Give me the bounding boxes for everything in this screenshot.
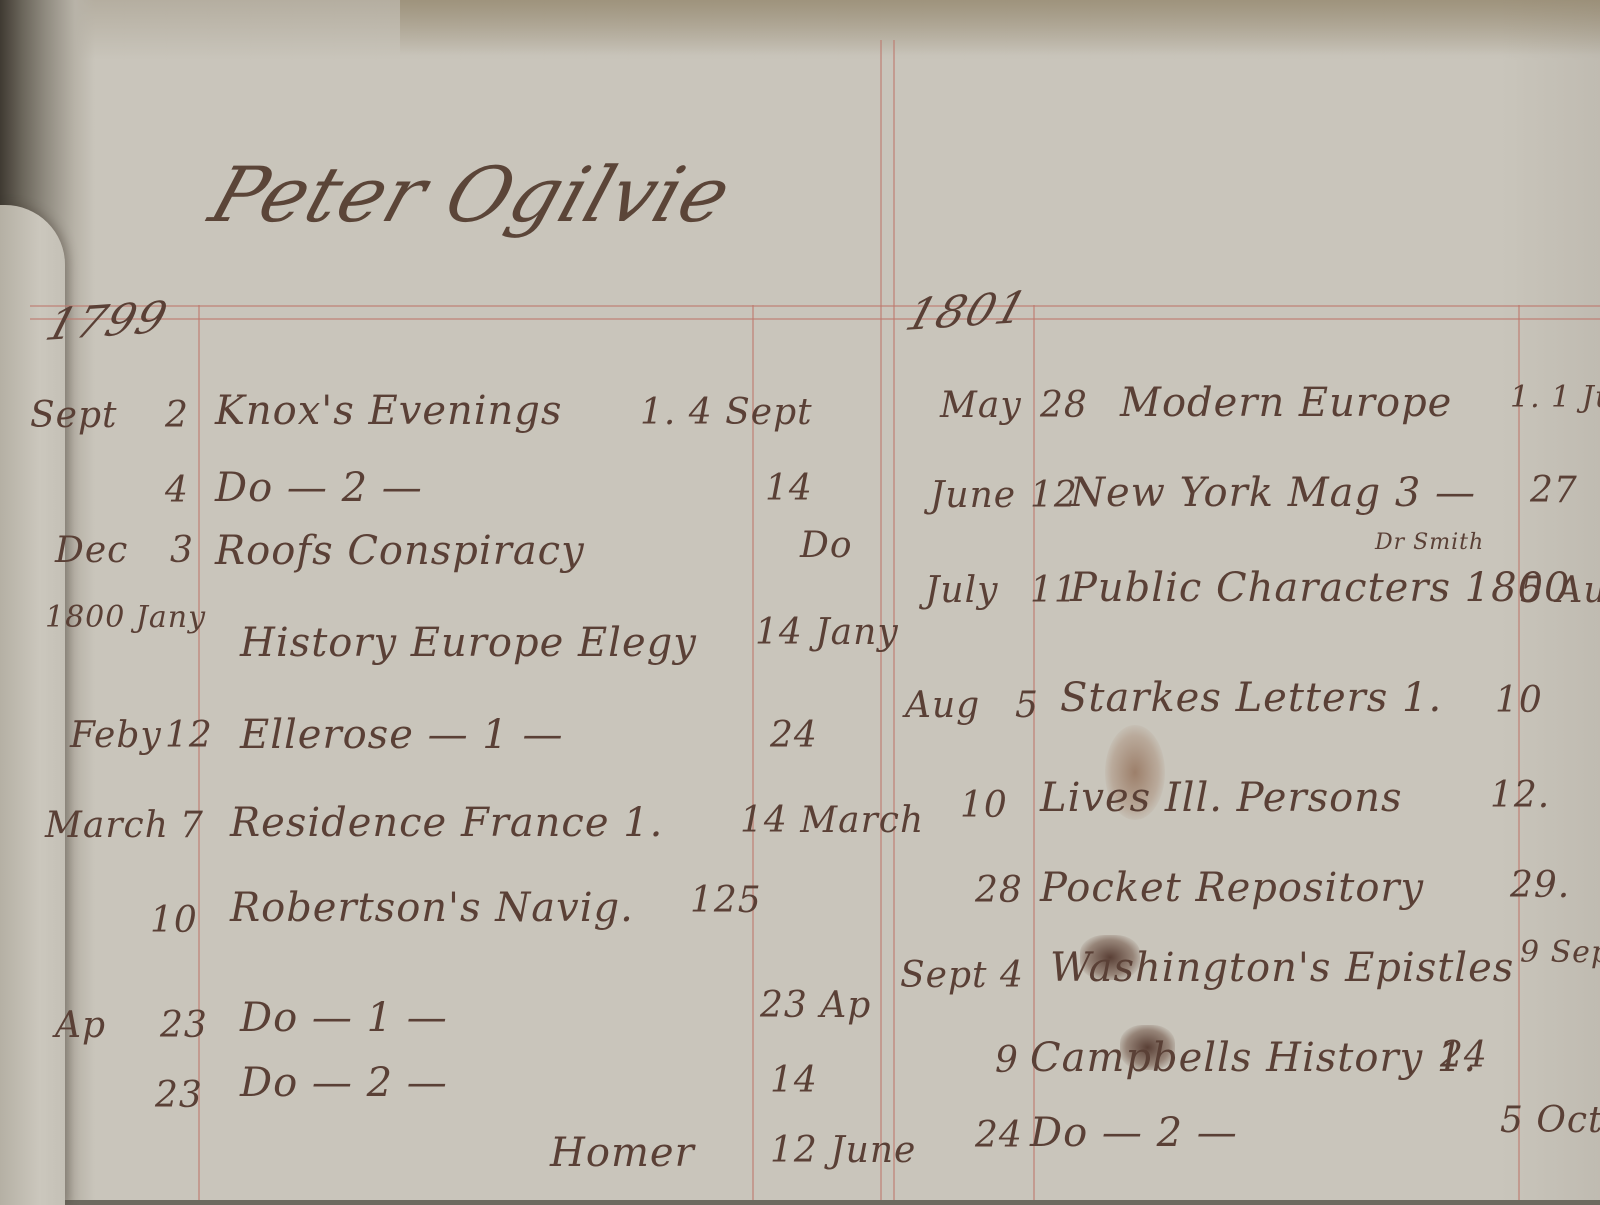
year-heading-right: 1801	[900, 282, 1034, 341]
paper-discoloration	[400, 0, 1600, 55]
entry-ref: 1. 1 June	[1510, 380, 1600, 415]
entry-ref: Do	[800, 525, 853, 566]
entry-ref: 9 Sept	[1520, 935, 1600, 970]
entry-month: Sept	[30, 395, 117, 436]
entry-day: 24	[975, 1115, 1023, 1156]
entry-ref: 24	[770, 715, 818, 756]
entry-note: Dr Smith	[1375, 530, 1484, 555]
entry-title: History Europe Elegy	[240, 620, 697, 666]
entry-ref: 24	[1440, 1035, 1488, 1076]
entry-title: Lives Ill. Persons	[1040, 775, 1403, 821]
entry-month: Aug	[905, 685, 980, 726]
entry-month: 1800 Jany	[45, 600, 206, 635]
entry-day: 10	[960, 785, 1008, 826]
entry-title: Do — 2 —	[1030, 1110, 1238, 1156]
entry-day: 23	[155, 1075, 203, 1116]
entry-ref: 14	[765, 468, 813, 509]
entry-title: Roofs Conspiracy	[215, 528, 585, 574]
entry-ref: 14	[770, 1060, 818, 1101]
ruled-line-horizontal	[30, 318, 1600, 320]
entry-month: May	[940, 385, 1022, 426]
entry-title: Starkes Letters 1.	[1060, 675, 1442, 721]
entry-ref: 1. 4 Sept	[640, 392, 813, 433]
ledger-page: Peter Ogilvie 1799 Sept 2 Knox's Evening…	[0, 0, 1600, 1200]
entry-title: Knox's Evenings	[215, 388, 562, 434]
entry-title: Do — 2 —	[215, 465, 423, 511]
entry-title: Homer	[550, 1130, 695, 1176]
ruled-line-ref-column	[1518, 305, 1520, 1200]
entry-ref: 12 June	[770, 1130, 916, 1171]
entry-day: 9	[995, 1040, 1019, 1081]
entry-day: 4	[165, 470, 189, 511]
entry-ref: 29.	[1510, 865, 1570, 906]
ruled-line-horizontal	[30, 305, 1600, 307]
entry-month: Sept	[900, 955, 987, 996]
entry-ref: 23 Ap	[760, 985, 871, 1026]
entry-day: 7	[180, 805, 204, 846]
entry-title: Robertson's Navig.	[230, 885, 634, 931]
entry-month: June	[930, 475, 1016, 516]
entry-title: Modern Europe	[1120, 380, 1452, 426]
entry-ref: 125	[690, 880, 762, 921]
entry-day: 12	[165, 715, 213, 756]
entry-day: 4	[1000, 955, 1024, 996]
entry-title: Pocket Repository	[1040, 865, 1424, 911]
entry-ref: 27	[1530, 470, 1578, 511]
entry-month: Dec	[55, 530, 128, 571]
entry-month: Ap	[55, 1005, 106, 1046]
entry-ref: 14 March	[740, 800, 924, 841]
entry-title: Do — 2 —	[240, 1060, 448, 1106]
entry-ref: 10	[1495, 680, 1543, 721]
entry-title: Washington's Epistles	[1050, 945, 1514, 991]
entry-title: Public Characters 1800	[1070, 565, 1570, 611]
entry-day: 3	[170, 530, 194, 571]
entry-title: Campbells History 1.	[1030, 1035, 1477, 1081]
curled-page-edge	[0, 205, 65, 1200]
entry-ref: 14 Jany	[755, 612, 899, 653]
entry-month: March	[45, 805, 169, 846]
entry-month: Feby	[70, 715, 162, 756]
entry-title: Ellerose — 1 —	[240, 712, 563, 758]
entry-day: 28	[1040, 385, 1088, 426]
entry-ref: 12.	[1490, 775, 1550, 816]
entry-title: New York Mag 3 —	[1070, 470, 1476, 516]
entry-day: 23	[160, 1005, 208, 1046]
entry-title: Do — 1 —	[240, 995, 448, 1041]
entry-ref: 5 Oct	[1500, 1100, 1600, 1141]
year-heading-left: 1799	[40, 292, 174, 351]
entry-title: Residence France 1.	[230, 800, 663, 846]
ruled-line-ref-column	[752, 305, 754, 1200]
entry-month: July	[925, 570, 998, 611]
entry-day: 10	[150, 900, 198, 941]
account-holder-name: Peter Ogilvie	[200, 150, 742, 239]
entry-ref: 5 Aug	[1520, 570, 1600, 611]
entry-day: 2	[165, 395, 189, 436]
entry-day: 28	[975, 870, 1023, 911]
entry-day: 5	[1015, 685, 1039, 726]
